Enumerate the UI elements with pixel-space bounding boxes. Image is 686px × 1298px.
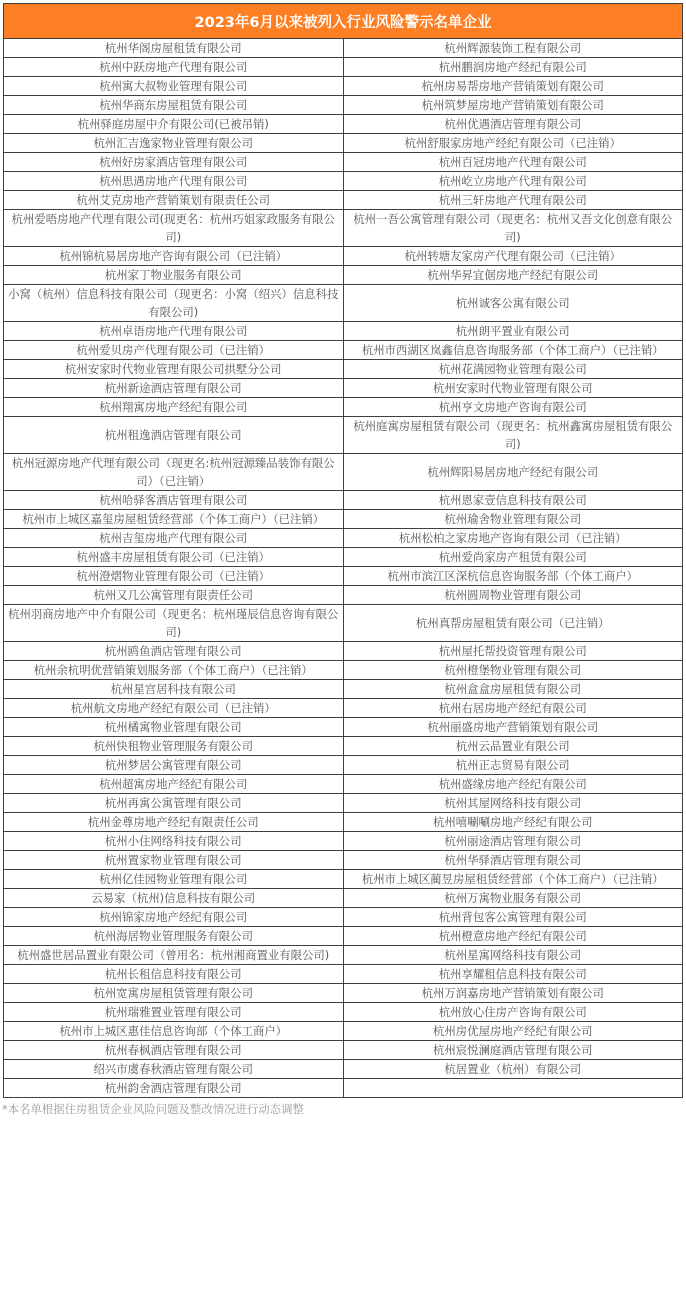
- company-cell-left: 杭州锦家房地产经纪有限公司: [4, 908, 344, 927]
- table-row: 杭州汇吉逸家物业管理有限公司杭州舒服家房地产经纪有限公司（已注销）: [4, 134, 683, 153]
- company-cell-left: 杭州小住网络科技有限公司: [4, 832, 344, 851]
- company-cell-right: 杭州真帮房屋租赁有限公司（已注销）: [343, 605, 683, 642]
- company-cell-left: 杭州余杭明优营销策划服务部（个体工商户）（已注销）: [4, 661, 344, 680]
- company-cell-left: 杭州中跃房地产代理有限公司: [4, 58, 344, 77]
- company-cell-left: 绍兴市虞春秋酒店管理有限公司: [4, 1060, 344, 1079]
- company-cell-right: 杭居置业（杭州）有限公司: [343, 1060, 683, 1079]
- company-cell-left: 杭州星宫居科技有限公司: [4, 680, 344, 699]
- company-cell-left: 杭州快租物业管理服务有限公司: [4, 737, 344, 756]
- company-cell-right: 杭州筑梦屋房地产营销策划有限公司: [343, 96, 683, 115]
- table-row: 杭州卓语房地产代理有限公司杭州朗平置业有限公司: [4, 322, 683, 341]
- table-row: 杭州爱贝房产代理有限公司（已注销）杭州市西湖区岚鑫信息咨询服务部（个体工商户）（…: [4, 341, 683, 360]
- table-row: 杭州哈驿客酒店管理有限公司杭州恩家壹信息科技有限公司: [4, 491, 683, 510]
- table-body: 杭州华阁房屋租赁有限公司杭州辉源装饰工程有限公司杭州中跃房地产代理有限公司杭州鹏…: [4, 39, 683, 1098]
- table-row: 杭州新途酒店管理有限公司杭州安家时代物业管理有限公司: [4, 379, 683, 398]
- company-cell-right: 杭州丽途酒店管理有限公司: [343, 832, 683, 851]
- company-cell-left: 杭州春枫酒店管理有限公司: [4, 1041, 344, 1060]
- company-cell-right: 杭州橙堡物业管理有限公司: [343, 661, 683, 680]
- company-cell-right: 杭州诚客公寓有限公司: [343, 285, 683, 322]
- company-cell-right: 杭州瑜舍物业管理有限公司: [343, 510, 683, 529]
- company-cell-left: 杭州长租信息科技有限公司: [4, 965, 344, 984]
- table-row: 杭州金尊房地产经纪有限责任公司杭州嘻唰唰房地产经纪有限公司: [4, 813, 683, 832]
- table-row: 杭州快租物业管理服务有限公司杭州云品置业有限公司: [4, 737, 683, 756]
- company-cell-left: 杭州卓语房地产代理有限公司: [4, 322, 344, 341]
- company-cell-right: 杭州背包客公寓管理有限公司: [343, 908, 683, 927]
- table-row: 杭州艾克房地产营销策划有限责任公司杭州三轩房地产代理有限公司: [4, 191, 683, 210]
- table-row: 云易家（杭州)信息科技有限公司杭州万寓物业服务有限公司: [4, 889, 683, 908]
- company-cell-right: 杭州华昇宜倨房地产经纪有限公司: [343, 266, 683, 285]
- table-row: 杭州梦居公寓管理有限公司杭州正志贸易有限公司: [4, 756, 683, 775]
- company-cell-right: 杭州房易帮房地产营销策划有限公司: [343, 77, 683, 96]
- company-cell-right: 杭州庭寓房屋租赁有限公司（现更名：杭州鑫寓房屋租赁有限公司): [343, 417, 683, 454]
- company-cell-right: 杭州舒服家房地产经纪有限公司（已注销）: [343, 134, 683, 153]
- table-row: 杭州盛世居品置业有限公司（曾用名：杭州湘商置业有限公司)杭州星寓网络科技有限公司: [4, 946, 683, 965]
- company-cell-right: 杭州宸悦澜庭酒店管理有限公司: [343, 1041, 683, 1060]
- table-row: 杭州吉玺房地产代理有限公司杭州松柏之家房地产咨询有限公司（已注销）: [4, 529, 683, 548]
- company-cell-left: 杭州华阁房屋租赁有限公司: [4, 39, 344, 58]
- table-row: 杭州鸥鱼酒店管理有限公司杭州屋托帮投资管理有限公司: [4, 642, 683, 661]
- company-cell-right: 杭州松柏之家房地产咨询有限公司（已注销）: [343, 529, 683, 548]
- company-cell-left: 杭州金尊房地产经纪有限责任公司: [4, 813, 344, 832]
- company-cell-right: 杭州市西湖区岚鑫信息咨询服务部（个体工商户）（已注销）: [343, 341, 683, 360]
- table-row: 杭州再寓公寓管理有限公司杭州其屋网络科技有限公司: [4, 794, 683, 813]
- company-cell-right: 杭州星寓网络科技有限公司: [343, 946, 683, 965]
- company-cell-right: 杭州恩家壹信息科技有限公司: [343, 491, 683, 510]
- company-cell-right: 杭州鹏润房地产经纪有限公司: [343, 58, 683, 77]
- table-row: 杭州锦杭易居房地产咨询有限公司（已注销）杭州转塘友家房产代理有限公司（已注销）: [4, 247, 683, 266]
- table-title-row: 2023年6月以来被列入行业风险警示名单企业: [4, 4, 683, 39]
- company-cell-right: 杭州云品置业有限公司: [343, 737, 683, 756]
- company-cell-left: 杭州羽商房地产中介有限公司（现更名：杭州瑾辰信息咨询有限公司): [4, 605, 344, 642]
- company-cell-right: 杭州其屋网络科技有限公司: [343, 794, 683, 813]
- company-cell-right: 杭州圆周物业管理有限公司: [343, 586, 683, 605]
- company-cell-left: 杭州航文房地产经纪有限公司（已注销）: [4, 699, 344, 718]
- company-cell-right: 杭州享耀租信息科技有限公司: [343, 965, 683, 984]
- company-cell-left: 杭州梦居公寓管理有限公司: [4, 756, 344, 775]
- company-cell-left: 杭州澄熠物业管理有限公司（已注销）: [4, 567, 344, 586]
- table-title: 2023年6月以来被列入行业风险警示名单企业: [4, 4, 683, 39]
- company-cell-left: 杭州又几公寓管理有限责任公司: [4, 586, 344, 605]
- company-cell-right: 杭州一吾公寓管理有限公司（现更名：杭州又吾文化创意有限公司): [343, 210, 683, 247]
- company-cell-left: 杭州锦杭易居房地产咨询有限公司（已注销）: [4, 247, 344, 266]
- table-row: 杭州华商东房屋租赁有限公司杭州筑梦屋房地产营销策划有限公司: [4, 96, 683, 115]
- company-cell-right: 杭州百冠房地产代理有限公司: [343, 153, 683, 172]
- company-cell-right: 杭州朗平置业有限公司: [343, 322, 683, 341]
- table-row: 杭州春枫酒店管理有限公司杭州宸悦澜庭酒店管理有限公司: [4, 1041, 683, 1060]
- table-row: 杭州租逸酒店管理有限公司杭州庭寓房屋租赁有限公司（现更名：杭州鑫寓房屋租赁有限公…: [4, 417, 683, 454]
- company-cell-left: 杭州寓大叔物业管理有限公司: [4, 77, 344, 96]
- company-cell-left: 杭州再寓公寓管理有限公司: [4, 794, 344, 813]
- table-row: 杭州寓大叔物业管理有限公司杭州房易帮房地产营销策划有限公司: [4, 77, 683, 96]
- company-table: 2023年6月以来被列入行业风险警示名单企业 杭州华阁房屋租赁有限公司杭州辉源装…: [3, 3, 683, 1098]
- table-row: 杭州韵舍酒店管理有限公司: [4, 1079, 683, 1098]
- table-row: 杭州思遇房地产代理有限公司杭州屹立房地产代理有限公司: [4, 172, 683, 191]
- company-cell-left: 杭州市上城区惠佳信息咨询部（个体工商户）: [4, 1022, 344, 1041]
- company-cell-left: 杭州新途酒店管理有限公司: [4, 379, 344, 398]
- company-cell-right: 杭州放心住房产咨询有限公司: [343, 1003, 683, 1022]
- company-cell-right: 杭州正志贸易有限公司: [343, 756, 683, 775]
- company-cell-right: 杭州转塘友家房产代理有限公司（已注销）: [343, 247, 683, 266]
- table-row: 杭州羽商房地产中介有限公司（现更名：杭州瑾辰信息咨询有限公司)杭州真帮房屋租赁有…: [4, 605, 683, 642]
- company-cell-left: 杭州超寓房地产经纪有限公司: [4, 775, 344, 794]
- company-cell-left: 杭州橘寓物业管理有限公司: [4, 718, 344, 737]
- company-cell-left: 杭州鸥鱼酒店管理有限公司: [4, 642, 344, 661]
- company-cell-right: 杭州市上城区蔺昱房屋租赁经营部（个体工商户）（已注销）: [343, 870, 683, 889]
- company-cell-left: 杭州汇吉逸家物业管理有限公司: [4, 134, 344, 153]
- company-cell-right: 杭州盛缘房地产经纪有限公司: [343, 775, 683, 794]
- table-row: 杭州澄熠物业管理有限公司（已注销）杭州市滨江区深杭信息咨询服务部（个体工商户）: [4, 567, 683, 586]
- company-cell-right: 杭州房优屋房地产经纪有限公司: [343, 1022, 683, 1041]
- table-row: 杭州好房家酒店管理有限公司杭州百冠房地产代理有限公司: [4, 153, 683, 172]
- company-cell-left: 杭州瑞雅置业管理有限公司: [4, 1003, 344, 1022]
- company-cell-left: 杭州海居物业管理服务有限公司: [4, 927, 344, 946]
- company-cell-left: 杭州哈驿客酒店管理有限公司: [4, 491, 344, 510]
- company-cell-right: 杭州三轩房地产代理有限公司: [343, 191, 683, 210]
- table-row: 杭州超寓房地产经纪有限公司杭州盛缘房地产经纪有限公司: [4, 775, 683, 794]
- company-cell-right: 杭州市滨江区深杭信息咨询服务部（个体工商户）: [343, 567, 683, 586]
- company-cell-left: 杭州好房家酒店管理有限公司: [4, 153, 344, 172]
- table-row: 杭州安家时代物业管理有限公司拱墅分公司杭州花满园物业管理有限公司: [4, 360, 683, 379]
- table-row: 杭州盛丰房屋租赁有限公司（已注销）杭州爱尚家房产租赁有限公司: [4, 548, 683, 567]
- company-cell-left: 杭州吉玺房地产代理有限公司: [4, 529, 344, 548]
- company-cell-right: 杭州辉源装饰工程有限公司: [343, 39, 683, 58]
- company-cell-left: 杭州华商东房屋租赁有限公司: [4, 96, 344, 115]
- table-row: 杭州长租信息科技有限公司杭州享耀租信息科技有限公司: [4, 965, 683, 984]
- footnote: *本名单根据住房租赁企业风险问题及整改情况进行动态调整: [2, 1100, 686, 1118]
- company-cell-left: 杭州宽寓房屋租赁管理有限公司: [4, 984, 344, 1003]
- table-row: 杭州驿庭房屋中介有限公司(已被吊销)杭州优遇酒店管理有限公司: [4, 115, 683, 134]
- table-row: 杭州置家物业管理有限公司杭州华驿酒店管理有限公司: [4, 851, 683, 870]
- company-cell-left: 杭州亿佳园物业管理有限公司: [4, 870, 344, 889]
- table-row: 小窝（杭州）信息科技有限公司（现更名：小窝（绍兴）信息科技有限公司)杭州诚客公寓…: [4, 285, 683, 322]
- company-cell-left: 杭州安家时代物业管理有限公司拱墅分公司: [4, 360, 344, 379]
- company-cell-right: 杭州辉阳易居房地产经纪有限公司: [343, 454, 683, 491]
- company-cell-left: 杭州盛世居品置业有限公司（曾用名：杭州湘商置业有限公司): [4, 946, 344, 965]
- table-row: 杭州市上城区惠佳信息咨询部（个体工商户）杭州房优屋房地产经纪有限公司: [4, 1022, 683, 1041]
- company-cell-right: 杭州亨文房地产咨询有限公司: [343, 398, 683, 417]
- company-cell-left: 杭州冠源房地产代理有限公司（现更名:杭州冠源臻品装饰有限公司）（已注销）: [4, 454, 344, 491]
- company-cell-left: 杭州爱贝房产代理有限公司（已注销）: [4, 341, 344, 360]
- company-cell-right: 杭州万寓物业服务有限公司: [343, 889, 683, 908]
- company-cell-right: 杭州橙意房地产经纪有限公司: [343, 927, 683, 946]
- table-row: 杭州市上城区嘉玺房屋租赁经营部（个体工商户）（已注销）杭州瑜舍物业管理有限公司: [4, 510, 683, 529]
- table-row: 杭州海居物业管理服务有限公司杭州橙意房地产经纪有限公司: [4, 927, 683, 946]
- company-cell-left: 杭州驿庭房屋中介有限公司(已被吊销): [4, 115, 344, 134]
- company-cell-left: 杭州租逸酒店管理有限公司: [4, 417, 344, 454]
- table-row: 杭州翔寓房地产经纪有限公司杭州亨文房地产咨询有限公司: [4, 398, 683, 417]
- company-cell-right: 杭州安家时代物业管理有限公司: [343, 379, 683, 398]
- company-cell-right: 杭州爱尚家房产租赁有限公司: [343, 548, 683, 567]
- table-row: 杭州余杭明优营销策划服务部（个体工商户）（已注销）杭州橙堡物业管理有限公司: [4, 661, 683, 680]
- company-cell-left: 杭州置家物业管理有限公司: [4, 851, 344, 870]
- company-cell-left: 杭州思遇房地产代理有限公司: [4, 172, 344, 191]
- company-cell-left: 杭州盛丰房屋租赁有限公司（已注销）: [4, 548, 344, 567]
- table-row: 杭州冠源房地产代理有限公司（现更名:杭州冠源臻品装饰有限公司）（已注销）杭州辉阳…: [4, 454, 683, 491]
- company-cell-right: 杭州丽盛房地产营销策划有限公司: [343, 718, 683, 737]
- company-cell-right: 杭州右居房地产经纪有限公司: [343, 699, 683, 718]
- company-cell-right: [343, 1079, 683, 1098]
- company-cell-right: 杭州花满园物业管理有限公司: [343, 360, 683, 379]
- table-row: 杭州宽寓房屋租赁管理有限公司杭州万润嘉房地产营销策划有限公司: [4, 984, 683, 1003]
- table-row: 杭州中跃房地产代理有限公司杭州鹏润房地产经纪有限公司: [4, 58, 683, 77]
- company-cell-left: 杭州韵舍酒店管理有限公司: [4, 1079, 344, 1098]
- table-row: 杭州家丁物业服务有限公司杭州华昇宜倨房地产经纪有限公司: [4, 266, 683, 285]
- company-cell-right: 杭州华驿酒店管理有限公司: [343, 851, 683, 870]
- company-cell-right: 杭州盒盒房屋租赁有限公司: [343, 680, 683, 699]
- table-row: 杭州小住网络科技有限公司杭州丽途酒店管理有限公司: [4, 832, 683, 851]
- company-cell-left: 杭州市上城区嘉玺房屋租赁经营部（个体工商户）（已注销）: [4, 510, 344, 529]
- company-cell-left: 小窝（杭州）信息科技有限公司（现更名：小窝（绍兴）信息科技有限公司): [4, 285, 344, 322]
- table-row: 杭州瑞雅置业管理有限公司杭州放心住房产咨询有限公司: [4, 1003, 683, 1022]
- company-cell-left: 杭州艾克房地产营销策划有限责任公司: [4, 191, 344, 210]
- table-row: 杭州爱唔房地产代理有限公司(现更名：杭州巧姐家政服务有限公司)杭州一吾公寓管理有…: [4, 210, 683, 247]
- table-row: 杭州航文房地产经纪有限公司（已注销）杭州右居房地产经纪有限公司: [4, 699, 683, 718]
- table-row: 杭州星宫居科技有限公司杭州盒盒房屋租赁有限公司: [4, 680, 683, 699]
- company-cell-left: 杭州翔寓房地产经纪有限公司: [4, 398, 344, 417]
- table-row: 杭州锦家房地产经纪有限公司杭州背包客公寓管理有限公司: [4, 908, 683, 927]
- table-row: 绍兴市虞春秋酒店管理有限公司杭居置业（杭州）有限公司: [4, 1060, 683, 1079]
- table-row: 杭州亿佳园物业管理有限公司杭州市上城区蔺昱房屋租赁经营部（个体工商户）（已注销）: [4, 870, 683, 889]
- company-cell-right: 杭州屋托帮投资管理有限公司: [343, 642, 683, 661]
- company-cell-left: 云易家（杭州)信息科技有限公司: [4, 889, 344, 908]
- table-row: 杭州又几公寓管理有限责任公司杭州圆周物业管理有限公司: [4, 586, 683, 605]
- company-cell-right: 杭州屹立房地产代理有限公司: [343, 172, 683, 191]
- risk-warning-list: 2023年6月以来被列入行业风险警示名单企业 杭州华阁房屋租赁有限公司杭州辉源装…: [0, 0, 686, 1118]
- table-row: 杭州华阁房屋租赁有限公司杭州辉源装饰工程有限公司: [4, 39, 683, 58]
- company-cell-left: 杭州家丁物业服务有限公司: [4, 266, 344, 285]
- company-cell-right: 杭州嘻唰唰房地产经纪有限公司: [343, 813, 683, 832]
- company-cell-right: 杭州优遇酒店管理有限公司: [343, 115, 683, 134]
- company-cell-right: 杭州万润嘉房地产营销策划有限公司: [343, 984, 683, 1003]
- company-cell-left: 杭州爱唔房地产代理有限公司(现更名：杭州巧姐家政服务有限公司): [4, 210, 344, 247]
- table-row: 杭州橘寓物业管理有限公司杭州丽盛房地产营销策划有限公司: [4, 718, 683, 737]
